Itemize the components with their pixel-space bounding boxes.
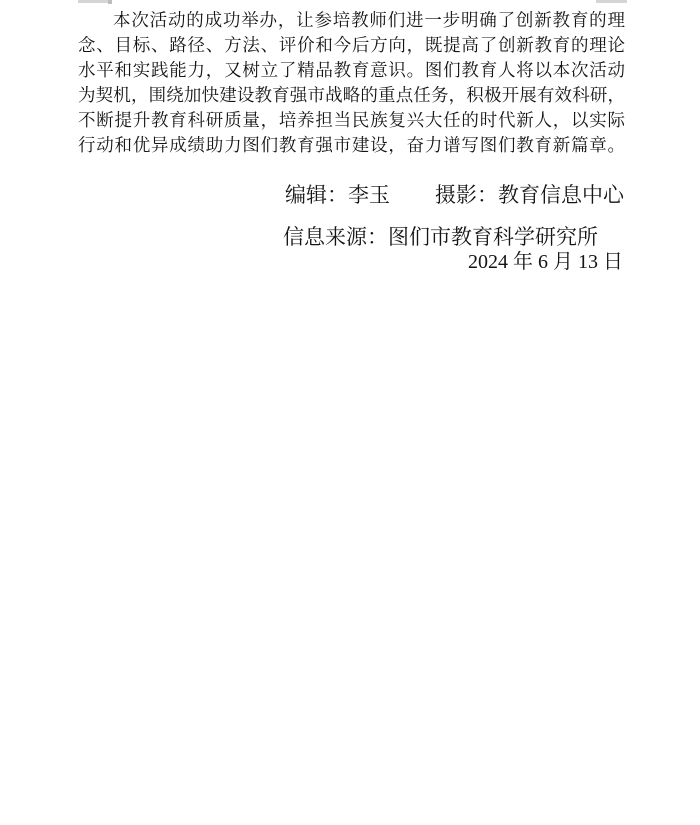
paragraph-line-5: 不断提升教育科研质量，培养担当民族复兴大任的时代新人，以实际 [78,108,625,133]
photography-credit: 摄影：教育信息中心 [435,183,624,208]
paragraph-line-3: 水平和实践能力，又树立了精品教育意识。图们教育人将以本次活动 [78,58,625,83]
top-left-fragment-tick [108,0,112,4]
date-line: 2024 年 6 月 13 日 [468,250,623,275]
source-line: 信息来源：图们市教育科学研究所 [283,225,598,250]
top-left-fragment-line [78,0,112,3]
paragraph-line-2: 念、目标、路径、方法、评价和今后方向，既提高了创新教育的理论 [78,33,625,58]
document-page: 本次活动的成功举办，让参培教师们进一步明确了创新教育的理 念、目标、路径、方法、… [0,0,700,825]
editor-credit: 编辑：李玉 [285,183,390,208]
top-right-fragment-line [596,0,627,3]
article-paragraph: 本次活动的成功举办，让参培教师们进一步明确了创新教育的理 念、目标、路径、方法、… [78,8,625,158]
paragraph-line-6: 行动和优异成绩助力图们教育强市建设，奋力谱写图们教育新篇章。 [78,133,625,158]
paragraph-line-4: 为契机，围绕加快建设教育强市战略的重点任务，积极开展有效科研， [78,83,625,108]
paragraph-line-1: 本次活动的成功举办，让参培教师们进一步明确了创新教育的理 [78,8,625,33]
